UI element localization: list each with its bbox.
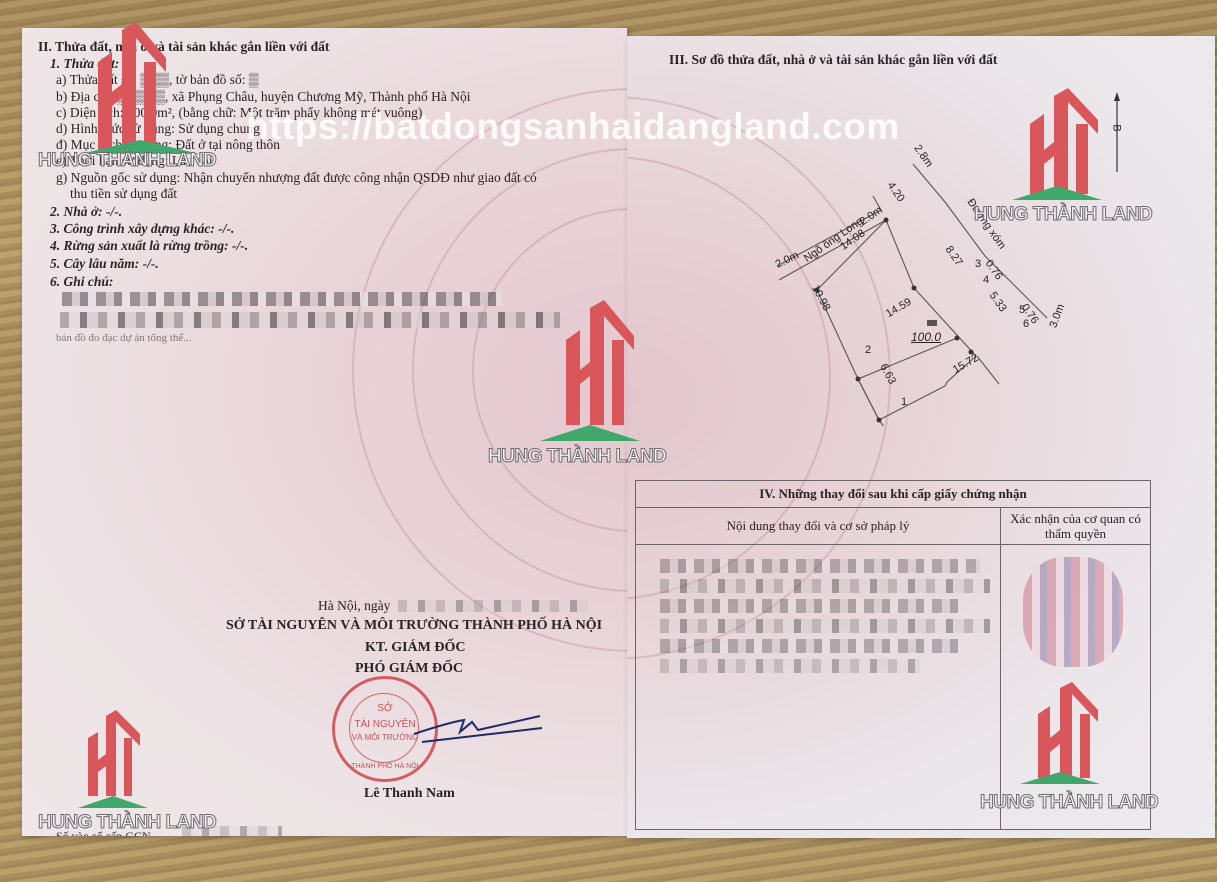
- redacted-stamp: [1023, 557, 1123, 667]
- green-roof-icon: [540, 425, 640, 441]
- note-tail: bản đồ đo đạc dự án tổng thể...: [56, 330, 192, 346]
- signer-name: Lê Thanh Nam: [364, 786, 455, 802]
- brand-text: HUNG THÀNH LAND: [488, 446, 666, 468]
- redacted-change-line: [660, 599, 960, 613]
- vertex-label: 2: [865, 342, 871, 358]
- item4-forest: 4. Rừng sản xuất là rừng trồng: -/-.: [50, 238, 248, 254]
- vertex-label: 6: [1023, 316, 1029, 332]
- item6-note: 6. Ghi chú:: [50, 274, 113, 290]
- north-label: B: [1109, 124, 1125, 131]
- redacted-change-line: [660, 619, 990, 633]
- green-roof-icon: [1020, 772, 1100, 784]
- ht-logo-icon: [548, 300, 638, 430]
- ht-logo-icon: [1030, 682, 1110, 782]
- handwritten-signature: [412, 708, 552, 748]
- redacted-change-line: [660, 659, 920, 673]
- issuing-authority: SỞ TÀI NGUYÊN VÀ MÔI TRƯỜNG THÀNH PHỐ HÀ…: [226, 618, 602, 634]
- changes-col-confirmation: Xác nhận của cơ quan có thẩm quyền: [1001, 508, 1151, 545]
- item5-perennial: 5. Cây lâu năm: -/-.: [50, 256, 159, 272]
- website-watermark: https://batdongsanhaidangland.com: [246, 106, 900, 148]
- item1-g: g) Nguồn gốc sử dụng: Nhận chuyển nhượng…: [56, 170, 537, 186]
- green-roof-icon: [78, 796, 148, 808]
- on-behalf-of: KT. GIÁM ĐỐC: [365, 640, 465, 656]
- redacted-change-line: [660, 639, 960, 653]
- changes-content-cell: [636, 545, 1001, 830]
- ht-logo-icon: [80, 22, 170, 152]
- seal-text-bottom: THÀNH PHỐ HÀ NỘI: [335, 763, 435, 770]
- vertex-label: 3: [975, 256, 981, 272]
- brand-text: HUNG THÀNH LAND: [980, 792, 1158, 814]
- redacted-change-line: [660, 559, 980, 573]
- brand-text: HUNG THÀNH LAND: [974, 204, 1152, 226]
- brand-text: HUNG THÀNH LAND: [38, 150, 216, 172]
- redacted-change-line: [660, 579, 990, 593]
- plot-area-label: 100.0: [911, 329, 941, 345]
- changes-table-title: IV. Những thay đổi sau khi cấp giấy chứn…: [636, 481, 1151, 508]
- item1-g-cont: thu tiền sử dụng đất: [70, 186, 177, 202]
- plot-marker-icon: [927, 320, 937, 326]
- changes-col-content: Nội dung thay đổi và cơ sở pháp lý: [636, 508, 1001, 545]
- ht-logo-icon: [82, 710, 152, 800]
- vertex-label: 4: [983, 272, 989, 288]
- item3-other-works: 3. Công trình xây dựng khác: -/-.: [50, 221, 234, 237]
- ht-logo-icon: [1020, 88, 1110, 198]
- redacted-note-line: [60, 312, 560, 328]
- certificate-right-page: III. Sơ đồ thửa đất, nhà ở và tài sản kh…: [627, 36, 1215, 838]
- item2-house: 2. Nhà ở: -/-.: [50, 204, 122, 220]
- place-date: Hà Nội, ngày: [318, 598, 390, 614]
- section-iii-title: III. Sơ đồ thửa đất, nhà ở và tài sản kh…: [669, 52, 997, 68]
- vertex-label: 1: [901, 394, 907, 410]
- green-roof-icon: [1012, 186, 1102, 200]
- redacted-date: [398, 600, 588, 612]
- signer-title: PHÓ GIÁM ĐỐC: [355, 661, 463, 677]
- brand-text: HUNG THÀNH LAND: [38, 812, 216, 834]
- redacted-note-line: [62, 292, 502, 306]
